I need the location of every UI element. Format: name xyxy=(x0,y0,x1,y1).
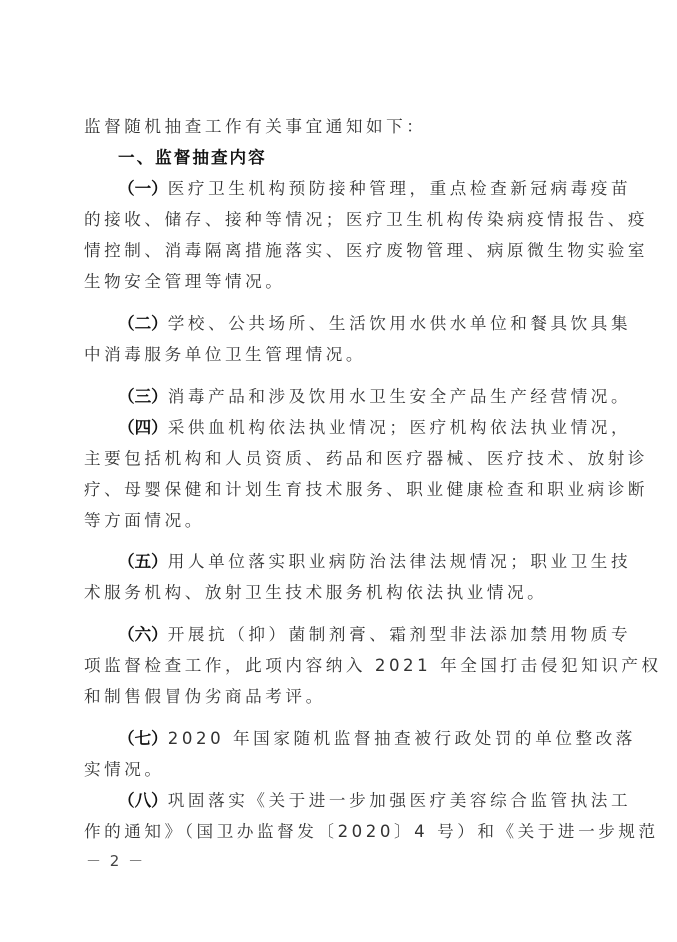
item-6-line-1: （六）开展抗（抑）菌制剂膏、霜剂型非法添加禁用物质专 xyxy=(118,624,598,646)
intro-text: 监督随机抽查工作有关事宜通知如下： xyxy=(84,116,598,138)
item-7-line-2: 实情况。 xyxy=(84,759,598,781)
item-1-line-4: 生物安全管理等情况。 xyxy=(84,271,598,293)
item-5-line-2: 术服务机构、放射卫生技术服务机构依法执业情况。 xyxy=(84,582,598,604)
item-1-line-2: 的接收、储存、接种等情况；医疗卫生机构传染病疫情报告、疫 xyxy=(84,209,598,231)
document-page: 监督随机抽查工作有关事宜通知如下： 一、监督抽查内容 （一）医疗卫生机构预防接种… xyxy=(0,0,677,942)
item-2-line-2: 中消毒服务单位卫生管理情况。 xyxy=(84,344,598,366)
item-5-line-1: （五）用人单位落实职业病防治法律法规情况；职业卫生技 xyxy=(118,551,598,573)
item-8-line-2: 作的通知》（国卫办监督发〔2020〕4 号）和《关于进一步规范 xyxy=(84,821,598,843)
item-2-line-1: （二）学校、公共场所、生活饮用水供水单位和餐具饮具集 xyxy=(118,313,598,335)
item-number: （八） xyxy=(118,791,168,810)
item-4-line-4: 等方面情况。 xyxy=(84,510,598,532)
item-3-line-1: （三）消毒产品和涉及饮用水卫生安全产品生产经营情况。 xyxy=(118,386,598,408)
item-8-line-1: （八）巩固落实《关于进一步加强医疗美容综合监管执法工 xyxy=(118,790,598,812)
item-number: （六） xyxy=(118,625,168,644)
item-4-line-2: 主要包括机构和人员资质、药品和医疗器械、医疗技术、放射诊 xyxy=(84,448,598,470)
item-7-line-1: （七）2020 年国家随机监督抽查被行政处罚的单位整改落 xyxy=(118,728,598,750)
item-number: （四） xyxy=(118,418,168,437)
item-6-line-2: 项监督检查工作，此项内容纳入 2021 年全国打击侵犯知识产权 xyxy=(84,655,598,677)
section-title: 一、监督抽查内容 xyxy=(118,147,598,169)
item-number: （一） xyxy=(118,179,168,198)
item-6-line-3: 和制售假冒伪劣商品考评。 xyxy=(84,686,598,708)
item-4-line-1: （四）采供血机构依法执业情况；医疗机构依法执业情况， xyxy=(118,417,598,439)
item-number: （七） xyxy=(118,729,168,748)
item-1-line-3: 情控制、消毒隔离措施落实、医疗废物管理、病原微生物实验室 xyxy=(84,240,598,262)
item-number: （五） xyxy=(118,552,168,571)
item-1-line-1: （一）医疗卫生机构预防接种管理，重点检查新冠病毒疫苗 xyxy=(118,178,598,200)
page-number: － 2 － xyxy=(86,850,145,871)
item-number: （三） xyxy=(118,387,168,406)
item-4-line-3: 疗、母婴保健和计划生育技术服务、职业健康检查和职业病诊断 xyxy=(84,479,598,501)
item-number: （二） xyxy=(118,314,168,333)
